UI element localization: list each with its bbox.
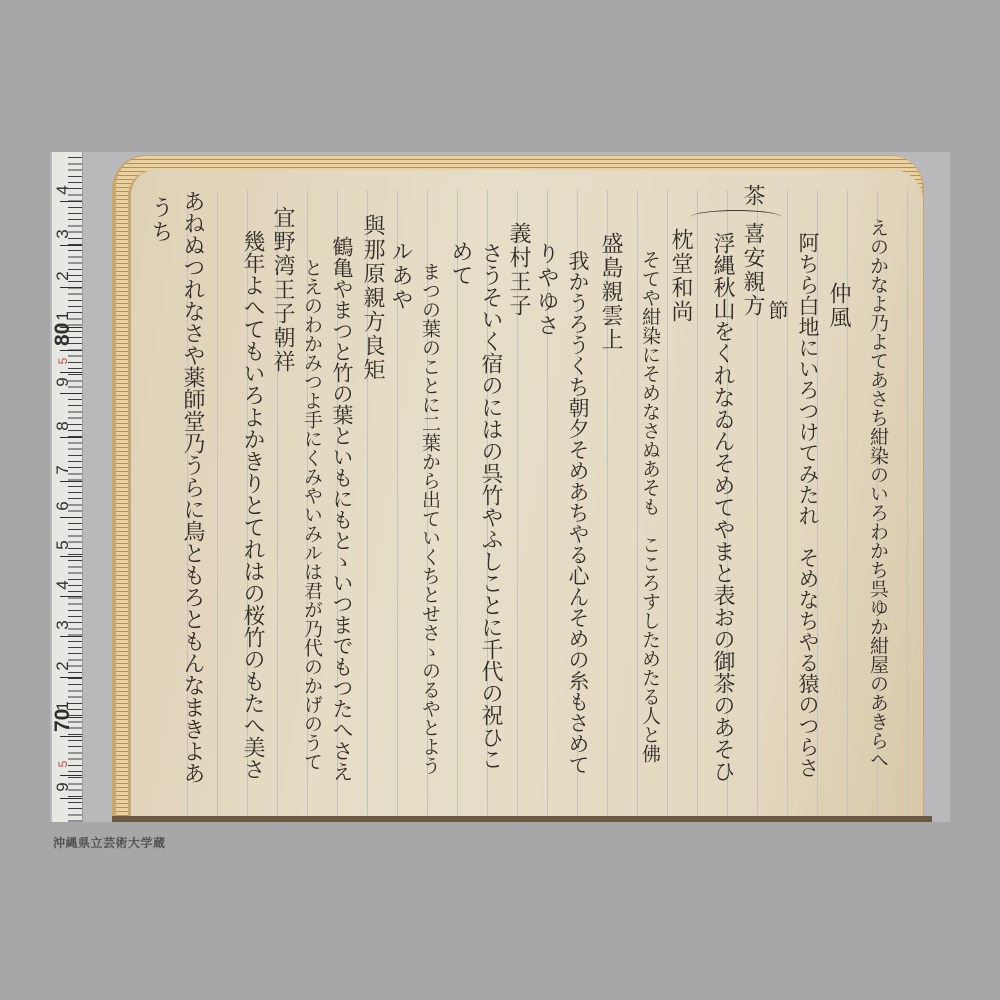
poem-author-heading: 與那原親方良矩 <box>358 214 386 382</box>
book-bottom-edge <box>112 816 932 822</box>
ruler-label: 6 <box>53 496 73 516</box>
ruler-label: 7 <box>53 460 73 480</box>
ruler-label: 80 <box>53 326 73 346</box>
ruler-major-tick <box>60 245 82 246</box>
poem-author-heading: 枕堂和尚 <box>666 228 694 324</box>
measuring-ruler: 43218059876543217059 <box>52 152 83 822</box>
ruler-major-tick <box>60 677 82 678</box>
heading-arc-mark <box>690 210 782 225</box>
ruler-label: 8 <box>53 416 73 436</box>
ruler-label: 5 <box>53 754 73 774</box>
poem-line: えのかなよ乃よてあさち紺染のいろわかち呉ゆか紺屋のあきらへ <box>864 218 892 769</box>
poem-author-heading: 宜野湾王子朝祥 <box>268 206 296 374</box>
ruled-line <box>907 190 908 822</box>
ruler-major-tick <box>60 437 82 438</box>
poem-line: とえのわかみつよ手にくみやいみルは君が乃代のかげのうて <box>298 258 326 771</box>
ruler-major-tick <box>60 287 82 288</box>
ruler-label: 5 <box>53 351 73 371</box>
poem-line: りやゆさ <box>532 242 560 338</box>
poem-line: 浮縄秋山をくれなゐんそめてやまと表おの御茶のあそひ <box>708 232 736 782</box>
poem-line: そてや紺染にそめなさぬあそも こころすしためたる人と佛 <box>636 250 664 763</box>
ruler-major-tick <box>60 736 82 737</box>
poem-author-heading: 義村王子 <box>504 222 532 318</box>
ruler-label: 4 <box>53 180 73 200</box>
poem-author-heading: 盛島親雲上 <box>596 232 624 352</box>
poem-line: 我かうろうくち朝夕そめあちやる心んそめの糸もさめて <box>564 250 592 775</box>
ruler-major-tick <box>60 201 82 202</box>
ruler-major-tick <box>60 596 82 597</box>
ruler-label: 2 <box>53 656 73 676</box>
poem-line: まつの葉のことに二葉から出ていくちとせさゝのるやとよう <box>416 262 444 775</box>
ruler-major-tick <box>60 481 82 482</box>
ruled-line <box>697 190 698 822</box>
ruled-line <box>787 190 788 822</box>
poem-line: さうそいく宿のにはの呉竹やふしことに千代の祝ひこ <box>476 242 504 770</box>
ruler-major-tick <box>60 798 82 799</box>
ruled-line <box>217 190 218 822</box>
ruler-label: 5 <box>53 535 73 555</box>
poem-line: あねぬつれなさや薬師堂乃うらに鳥ともろともんなまきよあ <box>178 190 206 784</box>
poem-author-heading: 茶 <box>738 184 766 208</box>
ruler-major-tick <box>60 556 82 557</box>
ruler-major-tick <box>60 393 82 394</box>
ruler-label: 3 <box>53 224 73 244</box>
ruler-label: 9 <box>53 777 73 797</box>
poem-author-heading: 喜安親方 <box>738 222 766 318</box>
ruler-label: 4 <box>53 575 73 595</box>
poem-author-heading: 仲風 <box>824 282 852 330</box>
poem-line: 阿ちら白地にいろつけてみたれ そめなちやる猿のつらさ <box>794 232 822 778</box>
margin-note: 節 <box>763 300 791 322</box>
ruler-label: 2 <box>53 266 73 286</box>
poem-line: 鶴亀やまつと竹の葉といもにもとゝいつまでもつたへさえ <box>328 236 356 782</box>
ruler-major-tick <box>60 517 82 518</box>
poem-line: うち <box>146 196 174 244</box>
ruler-label: 3 <box>53 615 73 635</box>
ruler-label: 9 <box>53 372 73 392</box>
poem-line: めて <box>446 240 474 288</box>
ruler-major-tick <box>60 636 82 637</box>
poem-line: ルあや <box>386 240 414 312</box>
poem-line: 幾年よへてもいろよかきりとてれはの桜竹のもたへ美さ <box>238 230 266 780</box>
collection-credit: 沖縄県立芸術大学蔵 <box>53 834 166 851</box>
ruler-label: 70 <box>53 712 73 732</box>
